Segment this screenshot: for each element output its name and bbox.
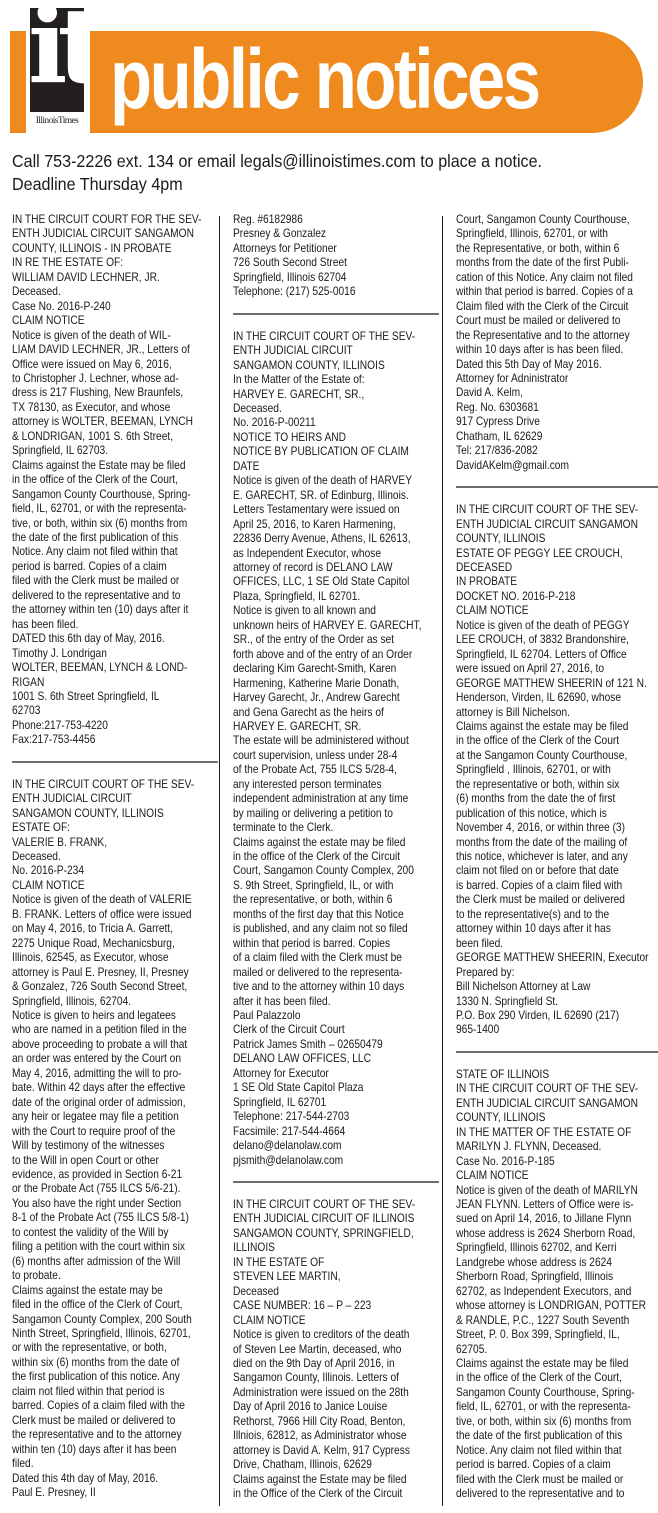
notice-line: months from the date of the first Publi- <box>456 256 658 270</box>
notice-line: attorney is WOLTER, BEEMAN, LYNCH <box>12 415 218 429</box>
notice-line: forth above and of the entry of an Order <box>233 648 439 662</box>
notice-line: attorney is Paul E. Presney, II, Presney <box>12 966 218 980</box>
notice-line: in the office of the Clerk of the Court, <box>12 473 218 487</box>
notice-line: TX 78130, as Executor, and whose <box>12 401 218 415</box>
notice-line: NOTICE TO HEIRS AND <box>233 431 439 445</box>
notice-line: DavidAKelm@gmail.com <box>456 459 658 473</box>
notice-line: the date of the first publication of thi… <box>456 1429 658 1443</box>
notice-line: in the office of the Clerk of the Circui… <box>233 850 439 864</box>
notice-line: Deceased <box>233 1285 439 1299</box>
notice-line: of Steven Lee Martin, deceased, who <box>233 1343 439 1357</box>
notice-line: within six (6) months from the date of <box>12 1356 218 1370</box>
notice-line: Attorneys for Petitioner <box>233 242 439 256</box>
notice-line: Administration were issued on the 28th <box>233 1386 439 1400</box>
contact-line: Call 753-2226 ext. 134 or email legals@i… <box>12 150 542 173</box>
illinois-times-logo: it IllinoisTimes <box>30 8 84 133</box>
legal-notice: IN THE CIRCUIT COURT FOR THE SEV-ENTH JU… <box>12 213 218 748</box>
notice-line: Ninth Street, Springfield, Illinois, 627… <box>12 1327 218 1341</box>
notice-line: were issued on April 27, 2016, to <box>456 662 658 676</box>
notice-line: bate. Within 42 days after the effective <box>12 1081 218 1095</box>
notice-separator <box>456 486 658 488</box>
notice-line: WOLTER, BEEMAN, LYNCH & LOND- <box>12 661 218 675</box>
orange-accent-bar <box>10 31 26 133</box>
logo-letters: it <box>30 8 84 98</box>
notice-line: NOTICE BY PUBLICATION OF CLAIM <box>233 445 439 459</box>
notice-line: Illniois, 62812, as Administrator whose <box>233 1429 439 1443</box>
notice-line: filed in the office of the Clerk of Cour… <box>12 1298 218 1312</box>
masthead: it IllinoisTimes public notices <box>0 0 658 140</box>
notice-line: to probate. <box>12 1269 218 1283</box>
notice-line: Clerk of the Circuit Court <box>233 1023 439 1037</box>
notice-line: Deceased. <box>12 850 218 864</box>
notice-line: Notice is given of the death of PEGGY <box>456 619 658 633</box>
notice-line: declaring Kim Garecht-Smith, Karen <box>233 662 439 676</box>
notice-line: Springfield, IL 62701 <box>233 1096 439 1110</box>
contact-info: Call 753-2226 ext. 134 or email legals@i… <box>12 150 542 196</box>
notice-line: as Independent Executor, whose <box>233 547 439 561</box>
notice-line: the date of the first publication of thi… <box>12 531 218 545</box>
notice-line: Dated this 4th day of May, 2016. <box>12 1472 218 1486</box>
notice-line: by mailing or delivering a petition to <box>233 807 439 821</box>
notice-line: Sangamon County Complex, 200 South <box>12 1313 218 1327</box>
notice-line: at the Sangamon County Courthouse, <box>456 749 658 763</box>
notice-line: 726 South Second Street <box>233 256 439 270</box>
notice-line: IN RE THE ESTATE OF: <box>12 256 218 270</box>
notice-line: Office were issued on May 6, 2016, <box>12 358 218 372</box>
notice-line: Reg. #6182986 <box>233 213 439 227</box>
notice-line: CLAIM NOTICE <box>456 604 658 618</box>
logo-dark-block: it <box>30 8 84 112</box>
notice-line: Claims against the estate may be filed <box>456 720 658 734</box>
notice-line: died on the 9th Day of April 2016, in <box>233 1357 439 1371</box>
column-divider <box>442 216 443 1506</box>
notice-line: E. GARECHT, SR. of Edinburg, Illinois. <box>233 489 439 503</box>
notice-line: is published, and any claim not so filed <box>233 922 439 936</box>
notice-line: 62703 <box>12 704 218 718</box>
notice-line: No. 2016-P-00211 <box>233 416 439 430</box>
notice-line: IN THE CIRCUIT COURT OF THE SEV- <box>12 778 218 792</box>
notice-line: Sangamon County, Illinois. Letters of <box>233 1371 439 1385</box>
notice-line: & LONDRIGAN, 1001 S. 6th Street, <box>12 430 218 444</box>
notice-line: Sherborn Road, Springfield, Illinois <box>456 1270 658 1284</box>
notice-line: LIAM DAVID LECHNER, JR., Letters of <box>12 343 218 357</box>
notice-line: IN THE CIRCUIT COURT FOR THE SEV- <box>12 213 218 227</box>
notice-line: 917 Cypress Drive <box>456 415 658 429</box>
notice-line: CLAIM NOTICE <box>12 314 218 328</box>
notice-line: Tel: 217/836-2082 <box>456 444 658 458</box>
notice-line: this notice, whichever is later, and any <box>456 850 658 864</box>
notice-line: Notice is given to heirs and legatees <box>12 1009 218 1023</box>
notice-line: IN THE MATTER OF THE ESTATE OF <box>456 1126 658 1140</box>
notice-line: whose attorney is LONDRIGAN, POTTER <box>456 1299 658 1313</box>
notice-line: STEVEN LEE MARTIN, <box>233 1270 439 1284</box>
notice-line: SANGAMON COUNTY, ILLINOIS <box>233 359 439 373</box>
notice-line: Presney & Gonzalez <box>233 227 439 241</box>
notice-line: claim not filed within that period is <box>12 1385 218 1399</box>
notice-line: COUNTY, ILLINOIS <box>456 532 658 546</box>
notice-line: ENTH JUDICIAL CIRCUIT OF ILLINOIS <box>233 1212 439 1226</box>
notice-line: Clerk must be mailed or delivered to <box>12 1414 218 1428</box>
notice-line: Sangamon County Courthouse, Spring- <box>12 488 218 502</box>
notice-line: 2275 Unique Road, Mechanicsburg, <box>12 937 218 951</box>
notice-line: attorney of record is DELANO LAW <box>233 561 439 575</box>
notice-line: Claim filed with the Clerk of the Circui… <box>456 300 658 314</box>
notice-line: filed with the Clerk must be mailed or <box>12 574 218 588</box>
page-title: public notices <box>110 37 539 121</box>
notice-line: Day of April 2016 to Janice Louise <box>233 1400 439 1414</box>
notice-line: Springfield, Illinois, 62704. <box>12 995 218 1009</box>
notice-line: DOCKET NO. 2016-P-218 <box>456 590 658 604</box>
notice-line: any interested person terminates <box>233 778 439 792</box>
notice-line: David A. Kelm, <box>456 386 658 400</box>
notice-line: OFFICES, LLC, 1 SE Old State Capitol <box>233 575 439 589</box>
notice-line: in the Office of the Clerk of the Circui… <box>233 1487 439 1501</box>
notice-line: tive, or both, within six (6) months fro… <box>456 1415 658 1429</box>
notice-line: & RANDLE, P.C., 1227 South Seventh <box>456 1314 658 1328</box>
notice-line: to the representative(s) and to the <box>456 908 658 922</box>
notice-separator <box>233 313 439 315</box>
notice-line: 1 SE Old State Capitol Plaza <box>233 1081 439 1095</box>
notice-line: Case No. 2016-P-185 <box>456 1155 658 1169</box>
notice-line: CASE NUMBER: 16 – P – 223 <box>233 1299 439 1313</box>
notice-line: Notice is given of the death of VALERIE <box>12 893 218 907</box>
notice-line: CLAIM NOTICE <box>456 1169 658 1183</box>
notice-line: Notice is given of the death of WIL- <box>12 329 218 343</box>
notice-line: Drive, Chatham, Illinois, 62629 <box>233 1458 439 1472</box>
notice-line: Deceased. <box>233 402 439 416</box>
notice-line: RIGAN <box>12 676 218 690</box>
legal-notice: IN THE CIRCUIT COURT OF THE SEV-ENTH JUD… <box>456 503 658 1038</box>
notice-line: In the Matter of the Estate of: <box>233 373 439 387</box>
notice-line: publication of this notice, which is <box>456 807 658 821</box>
notice-line: 1001 S. 6th Street Springfield, IL <box>12 690 218 704</box>
notice-line: field, IL, 62701, or with the representa… <box>456 1400 658 1414</box>
notice-line: SR., of the entry of the Order as set <box>233 633 439 647</box>
notice-line: Court must be mailed or delivered to <box>456 314 658 328</box>
notice-line: Springfield , Illinois, 62701, or with <box>456 763 658 777</box>
notice-line: or the Probate Act (755 ILCS 5/6-21). <box>12 1182 218 1196</box>
notice-line: Harvey Garecht, Jr., Andrew Garecht <box>233 691 439 705</box>
notice-line: COUNTY, ILLINOIS <box>456 1111 658 1125</box>
notice-line: the attorney within ten (10) days after … <box>12 603 218 617</box>
notice-line: to Christopher J. Lechner, whose ad- <box>12 372 218 386</box>
notice-line: Harmening, Katherine Marie Donath, <box>233 677 439 691</box>
notice-line: dress is 217 Flushing, New Braunfels, <box>12 386 218 400</box>
notice-line: attorney is Bill Nichelson. <box>456 706 658 720</box>
notice-line: S. 9th Street, Springfield, IL, or with <box>233 879 439 893</box>
notice-line: Notice is given of the death of HARVEY <box>233 474 439 488</box>
notice-line: Claims against the estate may be filed <box>233 836 439 850</box>
notice-line: 8-1 of the Probate Act (755 ILCS 5/8-1) <box>12 1211 218 1225</box>
notice-line: cation of this Notice. Any claim not fil… <box>456 271 658 285</box>
notice-line: tive, or both, within six (6) months fro… <box>12 517 218 531</box>
notice-line: IN THE CIRCUIT COURT OF THE SEV- <box>456 503 658 517</box>
notice-line: evidence, as provided in Section 6-21 <box>12 1168 218 1182</box>
notice-line: the first publication of this notice. An… <box>12 1370 218 1384</box>
notice-line: the Clerk must be mailed or delivered <box>456 893 658 907</box>
notice-separator <box>456 1051 658 1053</box>
notice-line: B. FRANK. Letters of office were issued <box>12 908 218 922</box>
notice-line: who are named in a petition filed in the <box>12 1023 218 1037</box>
notice-line: Notice. Any claim not filed within that <box>12 545 218 559</box>
notice-line: JEAN FLYNN. Letters of Office were is- <box>456 1198 658 1212</box>
notice-line: Facsimile: 217-544-4664 <box>233 1125 439 1139</box>
notice-line: ESTATE OF PEGGY LEE CROUCH, <box>456 547 658 561</box>
notice-line: Paul E. Presney, II <box>12 1486 218 1500</box>
notice-line: Henderson, Virden, IL 62690, whose <box>456 691 658 705</box>
notice-line: Rethorst, 7966 Hill City Road, Benton, <box>233 1415 439 1429</box>
notice-line: months from the date of the mailing of <box>456 836 658 850</box>
notice-line: Illinois, 62545, as Executor, whose <box>12 951 218 965</box>
notice-line: DECEASED <box>456 561 658 575</box>
notice-line: Court, Sangamon County Complex, 200 <box>233 864 439 878</box>
notice-line: Dated this 5th Day of May 2016. <box>456 358 658 372</box>
notice-line: period is barred. Copies of a claim <box>456 1458 658 1472</box>
notice-line: SANGAMON COUNTY, SPRINGFIELD, <box>233 1227 439 1241</box>
notice-line: pjsmith@delanolaw.com <box>233 1154 439 1168</box>
notice-line: attorney is David A. Kelm, 917 Cypress <box>233 1444 439 1458</box>
notice-line: Deceased. <box>12 285 218 299</box>
notice-line: Notice. Any claim not filed within that <box>456 1444 658 1458</box>
notice-line: within that period is barred. Copies <box>233 937 439 951</box>
notice-line: above proceeding to probate a will that <box>12 1038 218 1052</box>
notice-separator <box>12 761 218 763</box>
notice-line: Plaza, Springfield, IL 62701. <box>233 590 439 604</box>
notice-line: COUNTY, ILLINOIS - IN PROBATE <box>12 242 218 256</box>
notice-line: Springfield, Illinois 62702, and Kerri <box>456 1241 658 1255</box>
notice-line: ESTATE OF: <box>12 821 218 835</box>
notice-line: Paul Palazzolo <box>233 1009 439 1023</box>
notice-line: Letters Testamentary were issued on <box>233 503 439 517</box>
notice-line: unknown heirs of HARVEY E. GARECHT, <box>233 619 439 633</box>
notice-line: of the Probate Act, 755 ILCS 5/28-4, <box>233 763 439 777</box>
notice-line: HARVEY E. GARECHT, SR. <box>233 720 439 734</box>
notice-line: 62702, as Independent Executors, and <box>456 1285 658 1299</box>
notice-line: on May 4, 2016, to Tricia A. Garrett, <box>12 922 218 936</box>
notice-line: of a claim filed with the Clerk must be <box>233 951 439 965</box>
notice-line: Bill Nichelson Attorney at Law <box>456 980 658 994</box>
notice-line: IN THE CIRCUIT COURT OF THE SEV- <box>233 330 439 344</box>
notice-line: Telephone: (217) 525-0016 <box>233 285 439 299</box>
notice-line: April 25, 2016, to Karen Harmening, <box>233 518 439 532</box>
notice-line: Claims against the estate may be <box>12 1284 218 1298</box>
notice-line: 62705. <box>456 1343 658 1357</box>
notice-line: Attorney for Executor <box>233 1067 439 1081</box>
notice-line: delano@delanolaw.com <box>233 1139 439 1153</box>
notice-line: Notice is given of the death of MARILYN <box>456 1184 658 1198</box>
notice-line: ENTH JUDICIAL CIRCUIT SANGAMON <box>12 227 218 241</box>
notice-line: Phone:217-753-4220 <box>12 719 218 733</box>
notice-line: & Gonzalez, 726 South Second Street, <box>12 980 218 994</box>
notice-line: filed. <box>12 1457 218 1471</box>
notice-line: attorney within 10 days after it has <box>456 922 658 936</box>
notice-line: Notice is given to all known and <box>233 604 439 618</box>
notice-line: Springfield, Illinois 62704 <box>233 271 439 285</box>
notice-line: an order was entered by the Court on <box>12 1052 218 1066</box>
legal-notice: STATE OF ILLINOISIN THE CIRCUIT COURT OF… <box>456 1068 658 1502</box>
notice-line: (6) months from the date the of first <box>456 792 658 806</box>
notice-line: CLAIM NOTICE <box>233 1314 439 1328</box>
notice-line: DATED this 6th day of May, 2016. <box>12 632 218 646</box>
notice-line: ILLINOIS <box>233 1241 439 1255</box>
notice-line: 965-1400 <box>456 1023 658 1037</box>
notice-line: Springfield, Illinois, 62701, or with <box>456 227 658 241</box>
notice-line: tive and to the attorney within 10 days <box>233 980 439 994</box>
notice-line: claim not filed on or before that date <box>456 864 658 878</box>
notice-line: the Representative, or both, within 6 <box>456 242 658 256</box>
legal-notice: IN THE CIRCUIT COURT OF THE SEV-ENTH JUD… <box>12 778 218 1501</box>
notice-line: terminate to the Clerk. <box>233 821 439 835</box>
notice-line: within ten (10) days after it has been <box>12 1443 218 1457</box>
notice-line: IN PROBATE <box>456 575 658 589</box>
notice-line: period is barred. Copies of a claim <box>12 560 218 574</box>
notice-line: barred. Copies of a claim filed with the <box>12 1399 218 1413</box>
notice-line: May 4, 2016, admitting the will to pro- <box>12 1067 218 1081</box>
notice-line: with the Court to require proof of the <box>12 1125 218 1139</box>
notice-line: Patrick James Smith – 02650479 <box>233 1038 439 1052</box>
notice-line: delivered to the representative and to <box>12 589 218 603</box>
notice-line: No. 2016-P-234 <box>12 864 218 878</box>
notice-line: to contest the validity of the Will by <box>12 1226 218 1240</box>
notice-line: STATE OF ILLINOIS <box>456 1068 658 1082</box>
notice-line: mailed or delivered to the representa- <box>233 966 439 980</box>
notice-line: within 10 days after is has been filed. <box>456 343 658 357</box>
notice-line: Attorney for Adninistrator <box>456 372 658 386</box>
title-banner: public notices <box>90 31 643 133</box>
notice-line: Reg. No. 6303681 <box>456 401 658 415</box>
notice-line: to the Will in open Court or other <box>12 1154 218 1168</box>
column-divider <box>219 216 220 1506</box>
notice-line: court supervision, unless under 28-4 <box>233 749 439 763</box>
notice-line: The estate will be administered without <box>233 734 439 748</box>
notice-line: filing a petition with the court within … <box>12 1240 218 1254</box>
notice-line: has been filed. <box>12 618 218 632</box>
notice-line: P.O. Box 290 Virden, IL 62690 (217) <box>456 1009 658 1023</box>
notice-line: the representative or both, within six <box>456 778 658 792</box>
legal-notice: IN THE CIRCUIT COURT OF THE SEV-ENTH JUD… <box>233 330 439 1168</box>
notice-line: Notice is given to creditors of the deat… <box>233 1328 439 1342</box>
notice-line: Prepared by: <box>456 966 658 980</box>
deadline-line: Deadline Thursday 4pm <box>12 173 542 196</box>
notice-line: whose address is 2624 Sherborn Road, <box>456 1227 658 1241</box>
notice-line: independent administration at any time <box>233 792 439 806</box>
notice-line: the Representative and to the attorney <box>456 329 658 343</box>
notice-line: IN THE CIRCUIT COURT OF THE SEV- <box>233 1198 439 1212</box>
notice-line: Chatham, IL 62629 <box>456 430 658 444</box>
notice-line: Telephone: 217-544-2703 <box>233 1110 439 1124</box>
notice-line: within that period is barred. Copies of … <box>456 285 658 299</box>
notice-line: Court, Sangamon County Courthouse, <box>456 213 658 227</box>
notice-line: filed with the Clerk must be mailed or <box>456 1473 658 1487</box>
notice-line: VALERIE B. FRANK, <box>12 836 218 850</box>
notice-line: Case No. 2016-P-240 <box>12 300 218 314</box>
notice-line: ENTH JUDICIAL CIRCUIT SANGAMON <box>456 518 658 532</box>
notice-line: CLAIM NOTICE <box>12 879 218 893</box>
notice-line: date of the original order of admission, <box>12 1096 218 1110</box>
notice-line: (6) months after admission of the Will <box>12 1255 218 1269</box>
notice-line: WILLIAM DAVID LECHNER, JR. <box>12 271 218 285</box>
notice-line: LEE CROUCH, of 3832 Brandonshire, <box>456 633 658 647</box>
notice-line: Will by testimony of the witnesses <box>12 1139 218 1153</box>
notice-line: ENTH JUDICIAL CIRCUIT SANGAMON <box>456 1097 658 1111</box>
notice-line: Claims against the estate may be filed <box>456 1357 658 1371</box>
logo-name: IllinoisTimes <box>30 116 84 126</box>
notice-line: Fax:217-753-4456 <box>12 733 218 747</box>
legal-notice: IN THE CIRCUIT COURT OF THE SEV-ENTH JUD… <box>233 1198 439 1502</box>
column-2: Reg. #6182986Presney & GonzalezAttorneys… <box>233 213 439 1502</box>
notice-line: ENTH JUDICIAL CIRCUIT <box>233 344 439 358</box>
notice-line: IN THE CIRCUIT COURT OF THE SEV- <box>456 1082 658 1096</box>
notice-line: SANGAMON COUNTY, ILLINOIS <box>12 807 218 821</box>
notice-line: Landgrebe whose address is 2624 <box>456 1256 658 1270</box>
notice-line: Timothy J. Londrigan <box>12 647 218 661</box>
notice-line: Claims against the Estate may be filed <box>12 459 218 473</box>
notice-line: months of the first day that this Notice <box>233 908 439 922</box>
notice-line: ENTH JUDICIAL CIRCUIT <box>12 792 218 806</box>
notice-line: MARILYN J. FLYNN, Deceased. <box>456 1140 658 1154</box>
notice-line: Sangamon County Courthouse, Spring- <box>456 1386 658 1400</box>
notice-line: IN THE ESTATE OF <box>233 1256 439 1270</box>
notice-line: in the office of the Clerk of the Court <box>456 734 658 748</box>
legal-notice: Court, Sangamon County Courthouse,Spring… <box>456 213 658 473</box>
column-1: IN THE CIRCUIT COURT FOR THE SEV-ENTH JU… <box>12 213 218 1500</box>
notice-line: GEORGE MATTHEW SHEERIN of 121 N. <box>456 677 658 691</box>
notice-line: or with the representative, or both, <box>12 1341 218 1355</box>
notice-line: the representative and to the attorney <box>12 1428 218 1442</box>
notice-line: and Gena Garecht as the heirs of <box>233 706 439 720</box>
notice-line: November 4, 2016, or within three (3) <box>456 821 658 835</box>
notice-line: field, IL, 62701, or with the representa… <box>12 502 218 516</box>
notice-line: You also have the right under Section <box>12 1197 218 1211</box>
notice-line: Street, P. 0. Box 399, Springfield, IL, <box>456 1328 658 1342</box>
notice-line: Springfield, IL 62704. Letters of Office <box>456 648 658 662</box>
notice-line: 1330 N. Springfield St. <box>456 995 658 1009</box>
notice-line: GEORGE MATTHEW SHEERIN, Executor <box>456 951 658 965</box>
notice-line: the representative, or both, within 6 <box>233 893 439 907</box>
notice-line: in the office of the Clerk of the Court, <box>456 1371 658 1385</box>
notice-line: 22836 Derry Avenue, Athens, IL 62613, <box>233 532 439 546</box>
legal-notice: Reg. #6182986Presney & GonzalezAttorneys… <box>233 213 439 300</box>
notice-line: Claims against the Estate may be filed <box>233 1473 439 1487</box>
notice-line: after it has been filed. <box>233 995 439 1009</box>
notice-line: delivered to the representative and to <box>456 1487 658 1501</box>
notice-line: is barred. Copies of a claim filed with <box>456 879 658 893</box>
notice-line: sued on April 14, 2016, to Jillane Flynn <box>456 1212 658 1226</box>
notice-line: been filed. <box>456 937 658 951</box>
notice-line: DATE <box>233 460 439 474</box>
notice-line: HARVEY E. GARECHT, SR., <box>233 388 439 402</box>
notice-separator <box>233 1181 439 1183</box>
notice-line: DELANO LAW OFFICES, LLC <box>233 1052 439 1066</box>
column-3: Court, Sangamon County Courthouse,Spring… <box>456 213 658 1502</box>
notice-line: any heir or legatee may file a petition <box>12 1110 218 1124</box>
notice-line: Springfield, IL 62703. <box>12 444 218 458</box>
